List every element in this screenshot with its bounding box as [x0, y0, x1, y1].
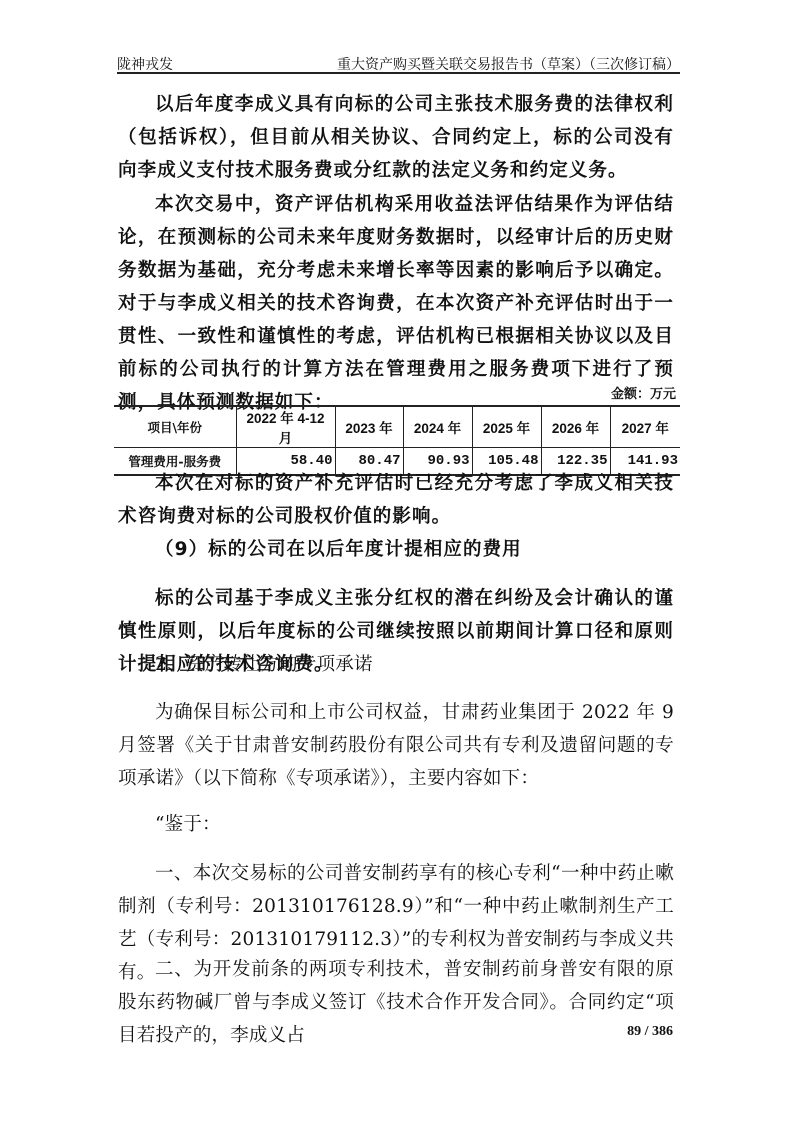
section-heading-9: （9）标的公司在以后年度计提相应的费用 — [118, 533, 674, 566]
header-company-name: 陇神戎发 — [117, 54, 173, 74]
forecast-table: 项目\年份 2022 年 4-12 月 2023 年 2024 年 2025 年… — [114, 405, 680, 476]
table-header-cell: 2022 年 4-12 月 — [236, 406, 335, 448]
table-header-cell: 2023 年 — [335, 406, 403, 448]
table-unit-label: 金额：万元 — [611, 383, 676, 402]
table-header-cell: 2027 年 — [610, 406, 680, 448]
section-heading-2: 2、资产转让方的专项承诺 — [118, 648, 674, 681]
table-header-row: 项目\年份 2022 年 4-12 月 2023 年 2024 年 2025 年… — [114, 406, 680, 448]
paragraph-legal-rights: 以后年度李成义具有向标的公司主张技术服务费的法律权利（包括诉权），但目前从相关协… — [118, 88, 674, 187]
paragraph-whereas: “鉴于： — [118, 808, 674, 841]
table-header-cell: 2026 年 — [541, 406, 610, 448]
page-number: 89 / 386 — [627, 1024, 673, 1040]
header-document-title: 重大资产购买暨关联交易报告书（草案）（三次修订稿） — [337, 54, 680, 74]
paragraph-clause-2: 二、为开发前条的两项专利技术，普安制药前身普安有限的原股东药物碱厂曾与李成义签订… — [118, 953, 674, 1052]
table-header-cell: 2025 年 — [472, 406, 541, 448]
paragraph-supplementary-valuation: 本次在对标的资产补充评估时已经充分考虑了李成义相关技术咨询费对标的公司股权价值的… — [118, 467, 674, 533]
paragraph-valuation-method: 本次交易中，资产评估机构采用收益法评估结果作为评估结论，在预测标的公司未来年度财… — [118, 188, 674, 419]
table-header-cell: 2024 年 — [403, 406, 472, 448]
paragraph-special-commitment: 为确保目标公司和上市公司权益，甘肃药业集团于 2022 年 9 月签署《关于甘肃… — [118, 696, 674, 795]
page-header: 陇神戎发 重大资产购买暨关联交易报告书（草案）（三次修订稿） — [117, 52, 680, 74]
document-page: 陇神戎发 重大资产购买暨关联交易报告书（草案）（三次修订稿） 以后年度李成义具有… — [0, 0, 793, 1122]
table-header-cell: 项目\年份 — [114, 406, 236, 448]
